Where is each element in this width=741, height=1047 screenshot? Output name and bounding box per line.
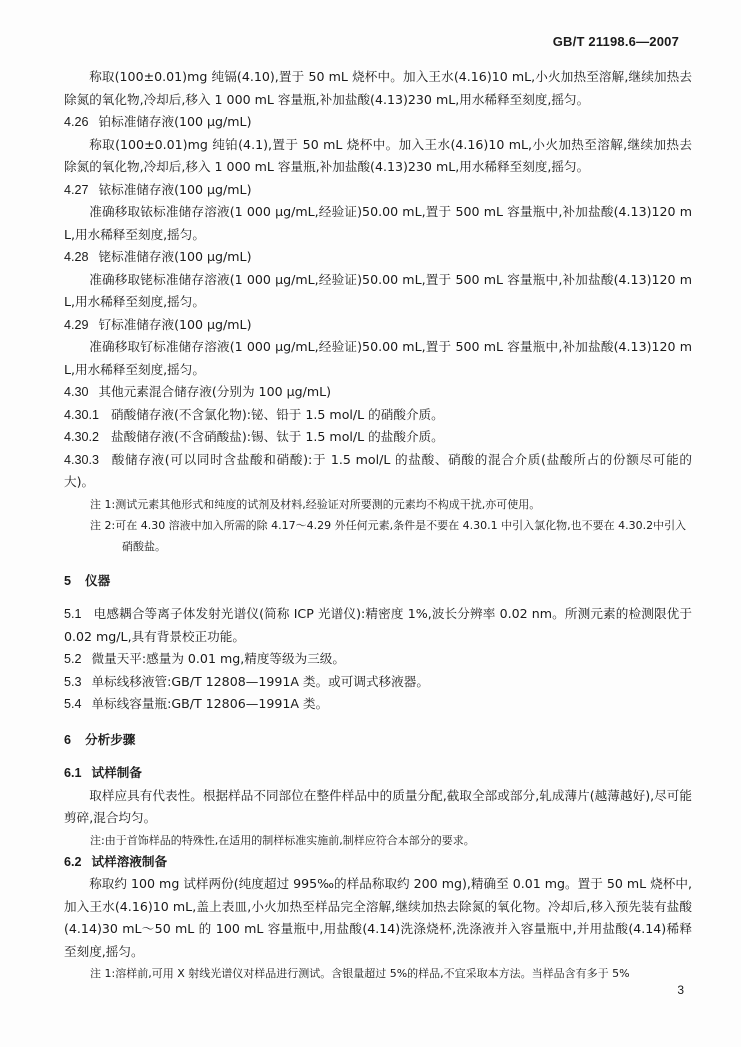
document-page: GB/T 21198.6—2007 称取(100±0.01)mg 纯镉(4.10… xyxy=(0,0,741,1047)
clause-title: 铱标准储存液(100 μg/mL) xyxy=(99,182,252,197)
clause-number: 5.1 xyxy=(64,607,82,621)
note-6-1: 注:由于首饰样品的特殊性,在适用的制样标准实施前,制样应符合本部分的要求。 xyxy=(64,830,692,851)
section-title: 仪器 xyxy=(85,573,110,588)
heading-4-30: 4.30其他元素混合储存液(分别为 100 μg/mL) xyxy=(64,381,692,404)
clause-number: 5.3 xyxy=(64,671,82,694)
heading-4-27: 4.27铱标准储存液(100 μg/mL) xyxy=(64,179,692,202)
clause-text: 单标线移液管:GB/T 12808—1991A 类。或可调式移液器。 xyxy=(92,674,429,689)
heading-4-29: 4.29钌标准储存液(100 μg/mL) xyxy=(64,314,692,337)
clause-number: 4.30 xyxy=(64,381,89,404)
clause-number: 6.1 xyxy=(64,762,82,785)
note-1: 注 1:测试元素其他形式和纯度的试剂及材料,经验证对所要测的元素均不构成干扰,亦… xyxy=(64,494,692,515)
clause-title: 试样制备 xyxy=(92,765,142,780)
paragraph-4-25-body: 称取(100±0.01)mg 纯镉(4.10),置于 50 mL 烧杯中。加入王… xyxy=(64,66,692,111)
clause-title: 铂标准储存液(100 μg/mL) xyxy=(99,114,252,129)
paragraph-4-28-body: 准确移取铑标准储存溶液(1 000 μg/mL,经验证)50.00 mL,置于 … xyxy=(64,269,692,314)
clause-5-3: 5.3单标线移液管:GB/T 12808—1991A 类。或可调式移液器。 xyxy=(64,671,692,694)
page-number: 3 xyxy=(677,983,684,997)
paragraph-4-26-body: 称取(100±0.01)mg 纯铂(4.1),置于 50 mL 烧杯中。加入王水… xyxy=(64,134,692,179)
clause-number: 4.27 xyxy=(64,179,89,202)
section-title: 分析步骤 xyxy=(85,732,135,747)
clause-title: 铑标准储存液(100 μg/mL) xyxy=(99,249,252,264)
clause-number: 5.4 xyxy=(64,693,82,716)
clause-number: 6.2 xyxy=(64,851,82,874)
clause-5-1: 5.1电感耦合等离子体发射光谱仪(简称 ICP 光谱仪):精密度 1%,波长分辨… xyxy=(64,603,692,648)
clause-number: 4.26 xyxy=(64,111,89,134)
heading-4-26: 4.26铂标准储存液(100 μg/mL) xyxy=(64,111,692,134)
clause-5-2: 5.2微量天平:感量为 0.01 mg,精度等级为三级。 xyxy=(64,648,692,671)
paragraph-6-2-body: 称取约 100 mg 试样两份(纯度超过 995‰的样品称取约 200 mg),… xyxy=(64,873,692,963)
paragraph-6-1-body: 取样应具有代表性。根据样品不同部位在整件样品中的质量分配,截取全部或部分,轧成薄… xyxy=(64,785,692,830)
clause-title: 钌标准储存液(100 μg/mL) xyxy=(99,317,252,332)
clause-number: 4.30.2 xyxy=(64,426,99,449)
note-6-2-1: 注 1:溶样前,可用 X 射线光谱仪对样品进行测试。含银量超过 5%的样品,不宜… xyxy=(64,963,692,984)
section-number: 5 xyxy=(64,570,71,593)
section-number: 6 xyxy=(64,729,71,752)
paragraph-4-27-body: 准确移取铱标准储存溶液(1 000 μg/mL,经验证)50.00 mL,置于 … xyxy=(64,201,692,246)
paragraph-4-29-body: 准确移取钌标准储存溶液(1 000 μg/mL,经验证)50.00 mL,置于 … xyxy=(64,336,692,381)
heading-6-1: 6.1试样制备 xyxy=(64,762,692,785)
clause-text: 盐酸储存液(不含硝酸盐):锡、钛于 1.5 mol/L 的盐酸介质。 xyxy=(111,429,444,444)
document-body: 称取(100±0.01)mg 纯镉(4.10),置于 50 mL 烧杯中。加入王… xyxy=(64,66,692,984)
heading-4-28: 4.28铑标准储存液(100 μg/mL) xyxy=(64,246,692,269)
standard-code: GB/T 21198.6—2007 xyxy=(553,34,679,49)
clause-title: 试样溶液制备 xyxy=(92,854,168,869)
clause-number: 4.28 xyxy=(64,246,89,269)
note-2: 注 2:可在 4.30 溶液中加入所需的除 4.17～4.29 外任何元素,条件… xyxy=(64,515,692,557)
clause-4-30-3: 4.30.3酸储存液(可以同时含盐酸和硝酸):于 1.5 mol/L 的盐酸、硝… xyxy=(64,449,692,494)
clause-number: 4.30.1 xyxy=(64,404,99,427)
heading-6-2: 6.2试样溶液制备 xyxy=(64,851,692,874)
clause-4-30-1: 4.30.1硝酸储存液(不含氯化物):铋、铅于 1.5 mol/L 的硝酸介质。 xyxy=(64,404,692,427)
section-5-heading: 5仪器 xyxy=(64,570,692,593)
clause-number: 4.30.3 xyxy=(64,453,99,467)
clause-4-30-2: 4.30.2盐酸储存液(不含硝酸盐):锡、钛于 1.5 mol/L 的盐酸介质。 xyxy=(64,426,692,449)
clause-number: 5.2 xyxy=(64,648,82,671)
clause-text: 酸储存液(可以同时含盐酸和硝酸):于 1.5 mol/L 的盐酸、硝酸的混合介质… xyxy=(64,452,692,490)
clause-text: 硝酸储存液(不含氯化物):铋、铅于 1.5 mol/L 的硝酸介质。 xyxy=(111,407,444,422)
clause-5-4: 5.4单标线容量瓶:GB/T 12806—1991A 类。 xyxy=(64,693,692,716)
clause-text: 电感耦合等离子体发射光谱仪(简称 ICP 光谱仪):精密度 1%,波长分辨率 0… xyxy=(64,606,692,644)
section-6-heading: 6分析步骤 xyxy=(64,729,692,752)
clause-number: 4.29 xyxy=(64,314,89,337)
clause-text: 微量天平:感量为 0.01 mg,精度等级为三级。 xyxy=(92,651,345,666)
clause-text: 单标线容量瓶:GB/T 12806—1991A 类。 xyxy=(92,696,329,711)
clause-title: 其他元素混合储存液(分别为 100 μg/mL) xyxy=(99,384,332,399)
